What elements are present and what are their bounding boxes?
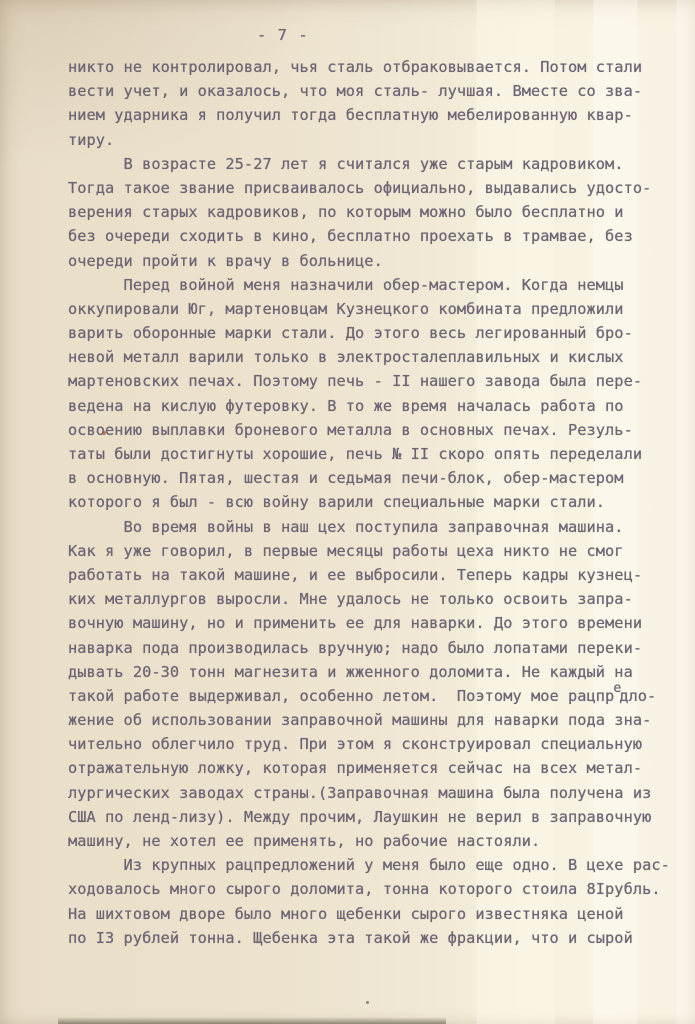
typewritten-text: никто не контролировал, чья сталь отбрак… <box>68 55 695 950</box>
text-segment: дло- <box>619 687 656 705</box>
text-line: В возрасте 25-27 лет я считался уже стар… <box>68 152 695 176</box>
text-line: отражательную ложку, которая применяется… <box>68 756 695 780</box>
text-line: чительно облегчило труд. При этом я скон… <box>68 732 695 756</box>
text-line: по I3 рублей тонна. Щебенка эта такой же… <box>68 926 695 950</box>
text-line: тиру. <box>68 128 695 152</box>
scan-edge-shadow <box>58 1017 446 1024</box>
text-line: работать на такой машине, и ее выбросили… <box>68 563 695 587</box>
text-line: ведена на кислую футеровку. В то же врем… <box>68 394 695 418</box>
text-segment: такой работе выдерживал, особенно летом.… <box>68 687 614 705</box>
text-line: без очереди сходить в кино, бесплатно пр… <box>68 224 695 248</box>
text-line: оккупировали Юг, мартеновцам Кузнецкого … <box>68 297 695 321</box>
text-line: Как я уже говорил, в первые месяцы работ… <box>68 539 695 563</box>
text-line: очереди пройти к врачу в больнице. <box>68 249 695 273</box>
text-line: таты были достигнуты хорошие, печь № II … <box>68 442 695 466</box>
text-line: На шихтовом дворе было много щебенки сыр… <box>68 902 695 926</box>
text-line: Перед войной меня назначили обер-мастеро… <box>68 273 695 297</box>
text-line: ких металлургов выросли. Мне удалось не … <box>68 587 695 611</box>
text-line: Из крупных рацпредложений у меня было ещ… <box>68 853 695 877</box>
text-line: Тогда такое звание присваивалось официал… <box>68 176 695 200</box>
text-line: верения старых кадровиков, по которым мо… <box>68 200 695 224</box>
text-line: наварка пода производилась вручную; надо… <box>68 636 695 660</box>
text-line-with-correction: такой работе выдерживал, особенно летом.… <box>68 684 695 708</box>
text-line: мартеновских печах. Поэтому печь - II на… <box>68 369 695 393</box>
text-line: лургических заводах страны.(Заправочная … <box>68 781 695 805</box>
text-line: Во время войны в наш цех поступила запра… <box>68 515 695 539</box>
scanned-page: - 7 - никто не контролировал, чья сталь … <box>0 0 695 1024</box>
paper-speck <box>102 431 106 435</box>
typed-superscript-correction: е <box>613 677 621 701</box>
text-line: освоению выплавки броневого металла в ос… <box>68 418 695 442</box>
text-line: дывать 20-30 тонн магнезита и жженного д… <box>68 660 695 684</box>
text-line: невой металл варили только в электростал… <box>68 345 695 369</box>
text-line: которого я был - всю войну варили специа… <box>68 490 695 514</box>
text-line: США по ленд-лизу). Между прочим, Лаушкин… <box>68 805 695 829</box>
page-number: - 7 - <box>257 26 309 44</box>
text-line: вочную машину, но и применить ее для нав… <box>68 611 695 635</box>
paper-speck <box>366 1001 369 1004</box>
text-line: варить оборонные марки стали. До этого в… <box>68 321 695 345</box>
text-line: машину, не хотел ее применять, но рабочи… <box>68 829 695 853</box>
text-line: нием ударника я получил тогда бесплатную… <box>68 103 695 127</box>
text-line: ходовалось много сырого доломита, тонна … <box>68 877 695 901</box>
text-line: жение об использовании заправочной машин… <box>68 708 695 732</box>
text-line: в основную. Пятая, шестая и седьмая печи… <box>68 466 695 490</box>
text-line: никто не контролировал, чья сталь отбрак… <box>68 55 695 79</box>
text-line: вести учет, и оказалось, что моя сталь- … <box>68 79 695 103</box>
